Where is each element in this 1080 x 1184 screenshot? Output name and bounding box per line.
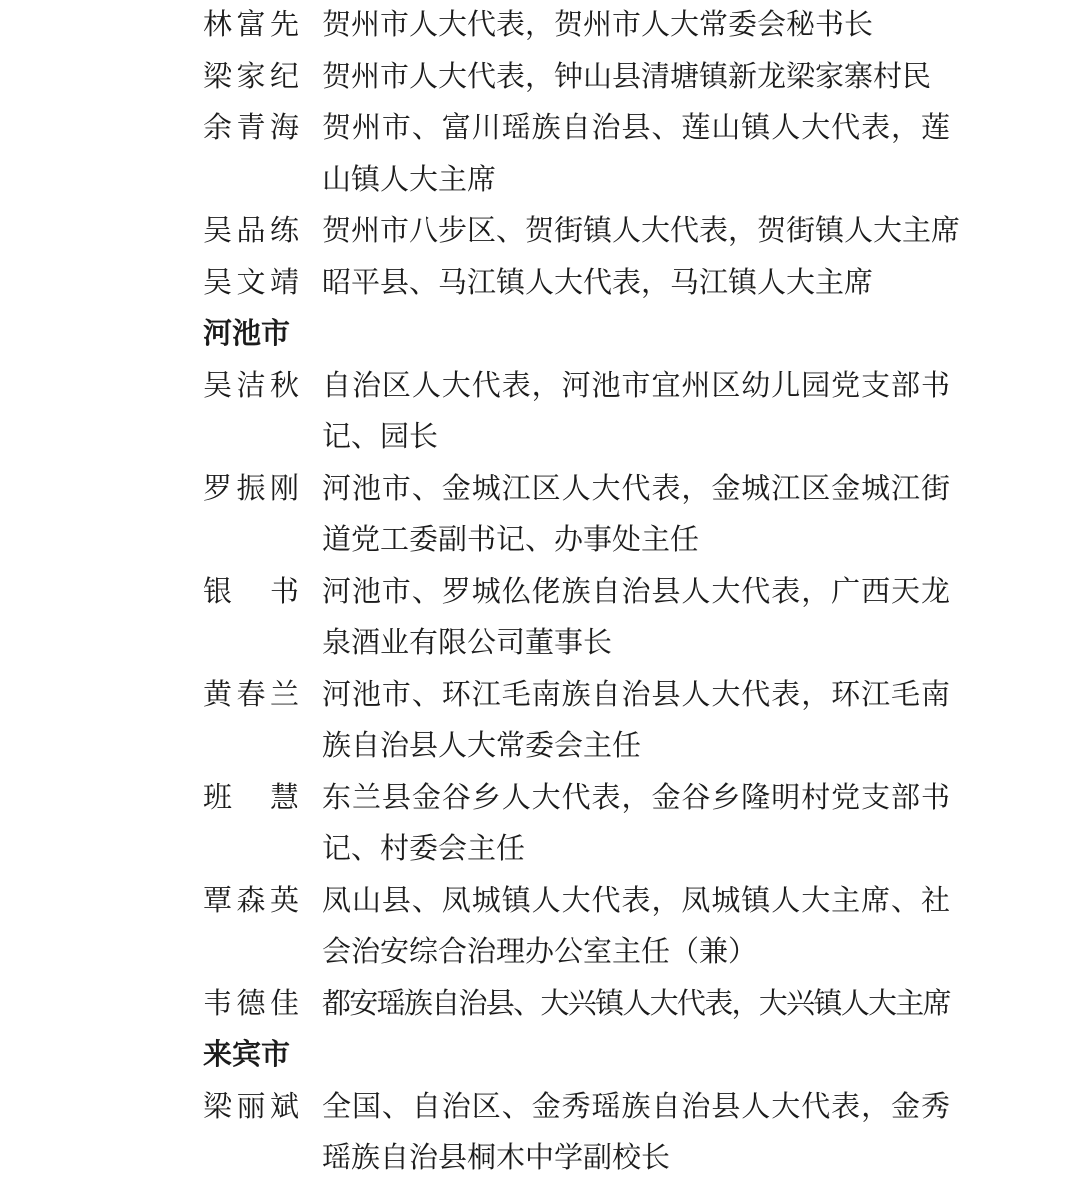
description-line: 山镇人大主席 bbox=[322, 155, 950, 207]
person-name: 林富先 bbox=[203, 0, 299, 52]
person-description: 河池市、环江毛南族自治县人大代表，环江毛南族自治县人大常委会主任 bbox=[322, 670, 950, 773]
person-row: 吴品练贺州市八步区、贺街镇人大代表，贺街镇人大主席 bbox=[0, 206, 1080, 258]
person-description: 贺州市人大代表，贺州市人大常委会秘书长 bbox=[322, 0, 950, 52]
person-row: 梁丽斌全国、自治区、金秀瑶族自治县人大代表，金秀瑶族自治县桐木中学副校长 bbox=[0, 1082, 1080, 1184]
person-description: 凤山县、凤城镇人大代表，凤城镇人大主席、社会治安综合治理办公室主任（兼） bbox=[322, 876, 950, 979]
description-line: 道党工委副书记、办事处主任 bbox=[322, 515, 950, 567]
person-row: 余青海贺州市、富川瑶族自治县、莲山镇人大代表，莲山镇人大主席 bbox=[0, 103, 1080, 206]
person-description: 贺州市人大代表，钟山县清塘镇新龙梁家寨村民 bbox=[322, 52, 950, 104]
person-name: 梁丽斌 bbox=[203, 1082, 299, 1134]
person-description: 昭平县、马江镇人大代表，马江镇人大主席 bbox=[322, 258, 950, 310]
person-name: 梁家纪 bbox=[203, 52, 299, 104]
description-line: 昭平县、马江镇人大代表，马江镇人大主席 bbox=[322, 258, 950, 310]
person-row: 吴文靖昭平县、马江镇人大代表，马江镇人大主席 bbox=[0, 258, 1080, 310]
description-line: 河池市、环江毛南族自治县人大代表，环江毛南 bbox=[322, 670, 950, 722]
description-line: 凤山县、凤城镇人大代表，凤城镇人大主席、社 bbox=[322, 876, 950, 928]
region-header: 河池市 bbox=[203, 309, 290, 361]
description-line: 瑶族自治县桐木中学副校长 bbox=[322, 1133, 950, 1184]
description-line: 自治区人大代表，河池市宜州区幼儿园党支部书 bbox=[322, 361, 950, 413]
description-line: 记、园长 bbox=[322, 412, 950, 464]
person-row: 林富先贺州市人大代表，贺州市人大常委会秘书长 bbox=[0, 0, 1080, 52]
person-description: 河池市、罗城仫佬族自治县人大代表，广西天龙泉酒业有限公司董事长 bbox=[322, 567, 950, 670]
description-line: 东兰县金谷乡人大代表，金谷乡隆明村党支部书 bbox=[322, 773, 950, 825]
region-header: 来宾市 bbox=[203, 1030, 290, 1082]
description-line: 贺州市、富川瑶族自治县、莲山镇人大代表，莲 bbox=[322, 103, 950, 155]
description-line: 泉酒业有限公司董事长 bbox=[322, 618, 950, 670]
description-line: 会治安综合治理办公室主任（兼） bbox=[322, 927, 950, 979]
person-row: 吴洁秋自治区人大代表，河池市宜州区幼儿园党支部书记、园长 bbox=[0, 361, 1080, 464]
person-row: 韦德佳都安瑶族自治县、大兴镇人大代表，大兴镇人大主席 bbox=[0, 979, 1080, 1031]
person-description: 全国、自治区、金秀瑶族自治县人大代表，金秀瑶族自治县桐木中学副校长 bbox=[322, 1082, 950, 1184]
person-row: 罗振刚河池市、金城江区人大代表，金城江区金城江街道党工委副书记、办事处主任 bbox=[0, 464, 1080, 567]
document-body: 林富先贺州市人大代表，贺州市人大常委会秘书长梁家纪贺州市人大代表，钟山县清塘镇新… bbox=[0, 0, 1080, 1184]
person-row: 黄春兰河池市、环江毛南族自治县人大代表，环江毛南族自治县人大常委会主任 bbox=[0, 670, 1080, 773]
person-name: 吴洁秋 bbox=[203, 361, 299, 413]
person-name: 吴品练 bbox=[203, 206, 299, 258]
description-line: 记、村委会主任 bbox=[322, 824, 950, 876]
person-name: 银 书 bbox=[203, 567, 299, 619]
person-name: 班 慧 bbox=[203, 773, 299, 825]
description-line: 都安瑶族自治县、大兴镇人大代表，大兴镇人大主席 bbox=[322, 979, 950, 1031]
person-description: 都安瑶族自治县、大兴镇人大代表，大兴镇人大主席 bbox=[322, 979, 950, 1031]
person-name: 罗振刚 bbox=[203, 464, 299, 516]
region-header-row: 河池市 bbox=[0, 309, 1080, 361]
person-name: 韦德佳 bbox=[203, 979, 299, 1031]
person-name: 黄春兰 bbox=[203, 670, 299, 722]
description-line: 贺州市八步区、贺街镇人大代表，贺街镇人大主席 bbox=[322, 206, 950, 258]
person-description: 东兰县金谷乡人大代表，金谷乡隆明村党支部书记、村委会主任 bbox=[322, 773, 950, 876]
person-name: 覃森英 bbox=[203, 876, 299, 928]
person-name: 余青海 bbox=[203, 103, 299, 155]
person-row: 班 慧东兰县金谷乡人大代表，金谷乡隆明村党支部书记、村委会主任 bbox=[0, 773, 1080, 876]
person-name: 吴文靖 bbox=[203, 258, 299, 310]
description-line: 全国、自治区、金秀瑶族自治县人大代表，金秀 bbox=[322, 1082, 950, 1134]
description-line: 河池市、金城江区人大代表，金城江区金城江街 bbox=[322, 464, 950, 516]
description-line: 族自治县人大常委会主任 bbox=[322, 721, 950, 773]
region-header-row: 来宾市 bbox=[0, 1030, 1080, 1082]
person-row: 梁家纪贺州市人大代表，钟山县清塘镇新龙梁家寨村民 bbox=[0, 52, 1080, 104]
description-line: 河池市、罗城仫佬族自治县人大代表，广西天龙 bbox=[322, 567, 950, 619]
person-description: 贺州市八步区、贺街镇人大代表，贺街镇人大主席 bbox=[322, 206, 950, 258]
person-row: 覃森英凤山县、凤城镇人大代表，凤城镇人大主席、社会治安综合治理办公室主任（兼） bbox=[0, 876, 1080, 979]
person-description: 河池市、金城江区人大代表，金城江区金城江街道党工委副书记、办事处主任 bbox=[322, 464, 950, 567]
description-line: 贺州市人大代表，贺州市人大常委会秘书长 bbox=[322, 0, 950, 52]
person-row: 银 书河池市、罗城仫佬族自治县人大代表，广西天龙泉酒业有限公司董事长 bbox=[0, 567, 1080, 670]
person-description: 自治区人大代表，河池市宜州区幼儿园党支部书记、园长 bbox=[322, 361, 950, 464]
description-line: 贺州市人大代表，钟山县清塘镇新龙梁家寨村民 bbox=[322, 52, 950, 104]
person-description: 贺州市、富川瑶族自治县、莲山镇人大代表，莲山镇人大主席 bbox=[322, 103, 950, 206]
